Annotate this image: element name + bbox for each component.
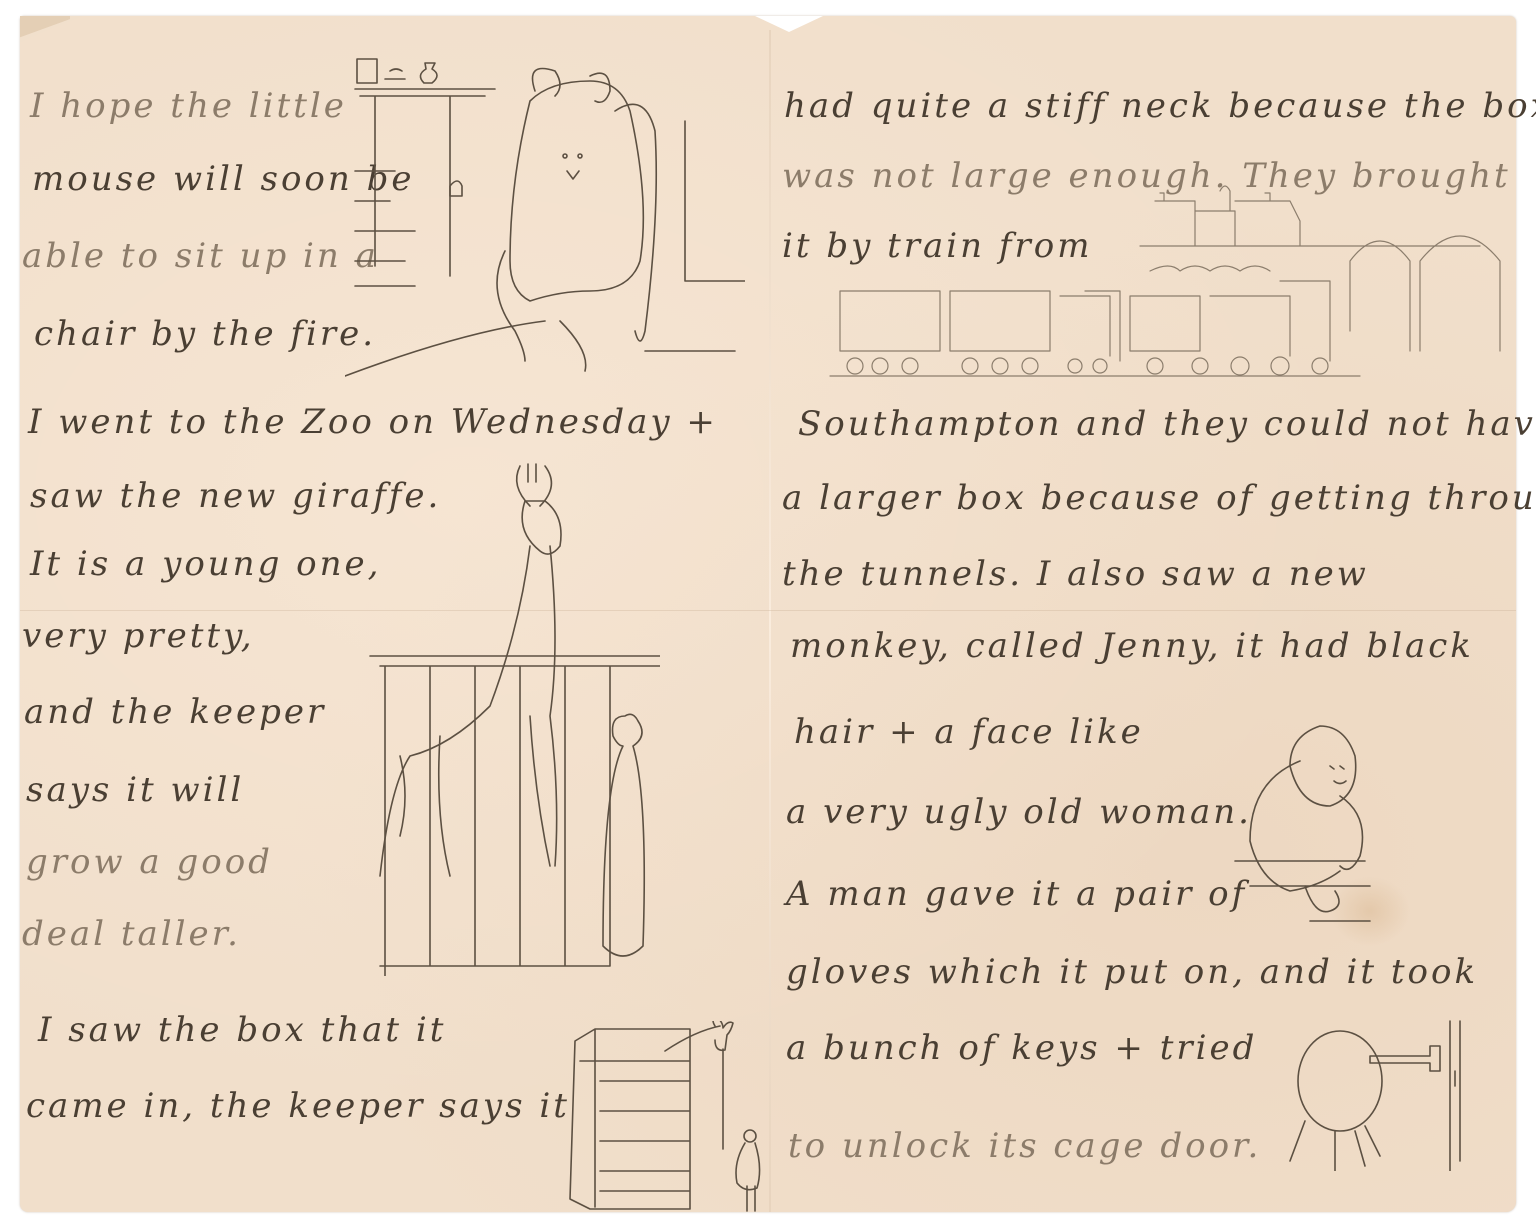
text-line: to unlock its cage door. [788, 1126, 1261, 1166]
text-line: came in, the keeper says it [26, 1086, 570, 1126]
paper-notch [755, 16, 823, 32]
horizontal-fold [20, 610, 1516, 611]
text-line: and the keeper [24, 692, 326, 732]
text-line: A man gave it a pair of [786, 874, 1247, 914]
text-line: Southampton and they could not have [798, 404, 1536, 444]
mouse-in-armchair-illustration [345, 51, 745, 381]
text-line: the tunnels. I also saw a new [782, 554, 1369, 594]
giraffe-in-cage-illustration [340, 456, 660, 976]
text-line: very pretty, [22, 616, 255, 656]
text-line: able to sit up in a [22, 236, 379, 276]
giraffe-in-crate-illustration [555, 1021, 795, 1216]
text-line: hair + a face like [794, 712, 1144, 752]
text-line: grow a good [26, 842, 273, 882]
text-line: gloves which it put on, and it took [786, 952, 1478, 992]
text-line: a bunch of keys + tried [786, 1028, 1257, 1068]
text-line: chair by the fire. [34, 314, 376, 354]
text-line: a larger box because of getting through [782, 478, 1536, 518]
text-line: a very ugly old woman. [786, 792, 1252, 832]
text-line: I saw the box that it [38, 1010, 446, 1050]
letter-paper: I hope the little mouse will soon be abl… [20, 16, 1516, 1212]
text-line: It is a young one, [30, 544, 381, 584]
monkey-illustration [1210, 706, 1430, 936]
train-illustration [810, 181, 1510, 381]
text-line: I went to the Zoo on Wednesday + [28, 402, 718, 442]
text-line: had quite a stiff neck because the box [784, 86, 1536, 126]
text-line: says it will [26, 770, 244, 810]
keys-in-lock-illustration [1285, 1011, 1465, 1171]
text-line: deal taller. [22, 914, 241, 954]
corner-fold [20, 16, 70, 40]
text-line: I hope the little [30, 86, 347, 126]
text-line: monkey, called Jenny, it had black [790, 626, 1474, 666]
